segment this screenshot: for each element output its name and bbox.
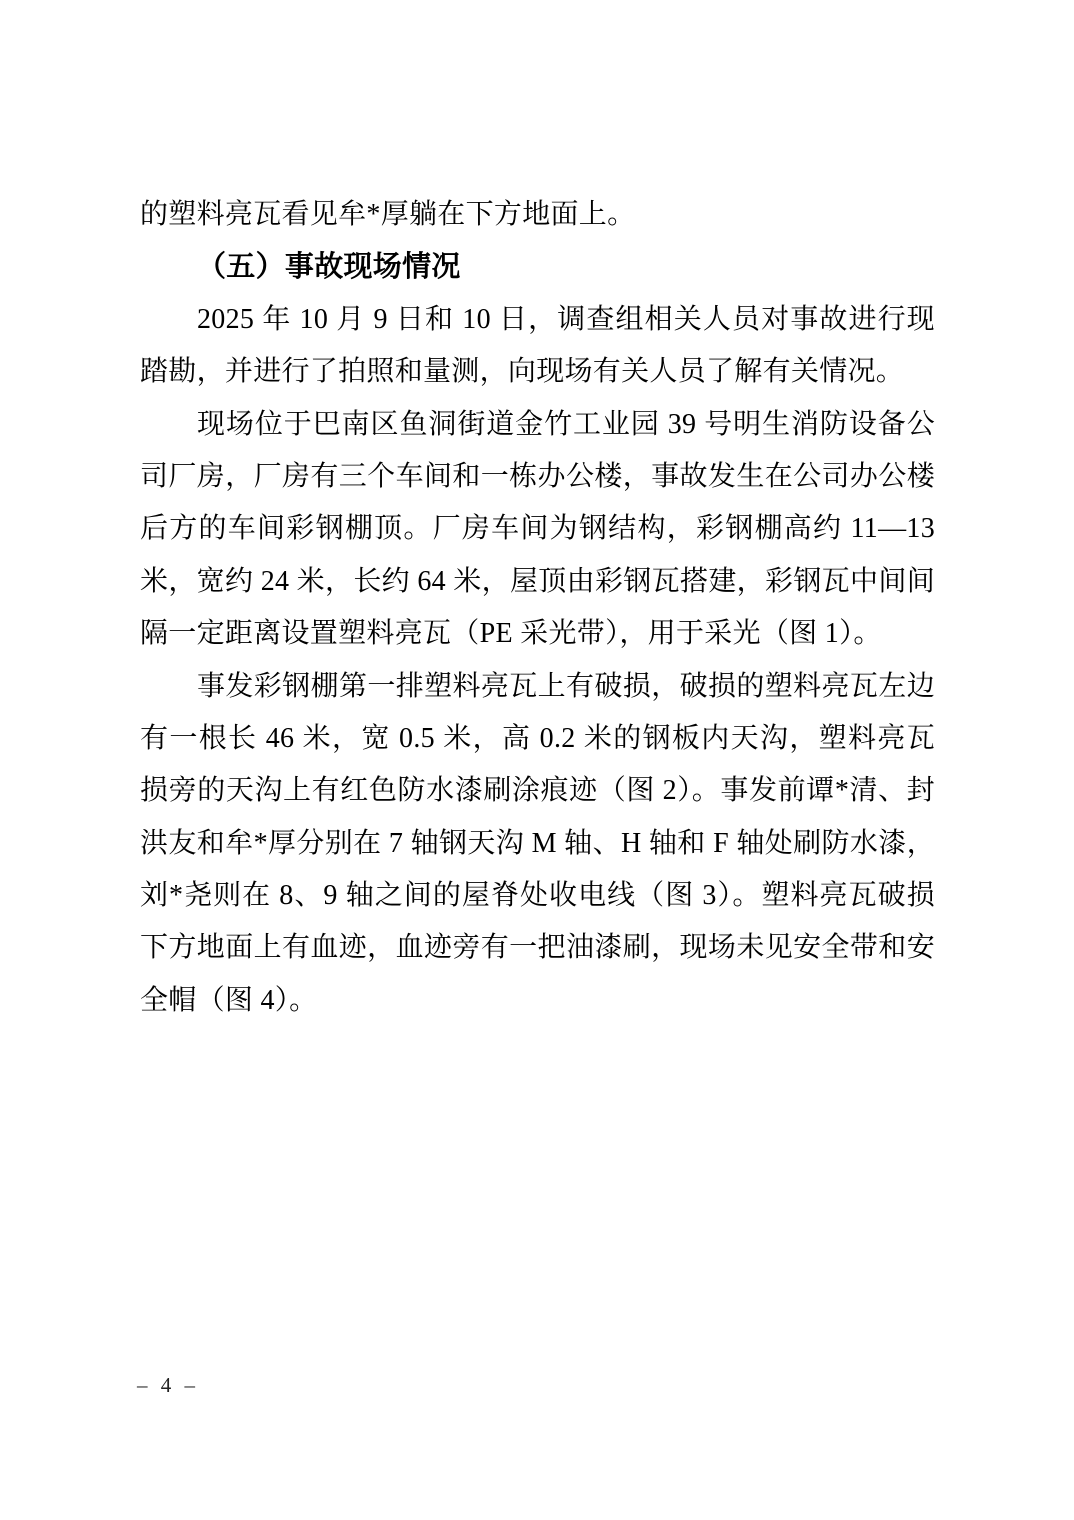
paragraph-line: 全帽（图 4）。: [140, 975, 935, 1027]
paragraph-line: 下方地面上有血迹，血迹旁有一把油漆刷，现场未见安全带和安: [140, 922, 935, 974]
paragraph-line: 洪友和牟*厚分别在 7 轴钢天沟 M 轴、H 轴和 F 轴处刷防水漆，: [140, 818, 935, 870]
section-heading: （五）事故现场情况: [140, 241, 935, 293]
paragraph-line: 事发彩钢棚第一排塑料亮瓦上有破损，破损的塑料亮瓦左边: [140, 661, 935, 713]
paragraph-line: 现场位于巴南区鱼洞街道金竹工业园 39 号明生消防设备公: [140, 399, 935, 451]
paragraph-line: 刘*尧则在 8、9 轴之间的屋脊处收电线（图 3）。塑料亮瓦破损: [140, 870, 935, 922]
paragraph-line: 后方的车间彩钢棚顶。厂房车间为钢结构，彩钢棚高约 11—13: [140, 503, 935, 555]
paragraph-line: 米，宽约 24 米，长约 64 米，屋顶由彩钢瓦搭建，彩钢瓦中间间: [140, 556, 935, 608]
paragraph-line: 隔一定距离设置塑料亮瓦（PE 采光带），用于采光（图 1）。: [140, 608, 935, 660]
paragraph-continuation-line: 的塑料亮瓦看见牟*厚躺在下方地面上。: [140, 189, 935, 241]
paragraph-line: 有一根长 46 米，宽 0.5 米，高 0.2 米的钢板内天沟，塑料亮瓦破: [140, 713, 935, 765]
document-page: 的塑料亮瓦看见牟*厚躺在下方地面上。 （五）事故现场情况 2025 年 10 月…: [0, 0, 1074, 1520]
body-text: 的塑料亮瓦看见牟*厚躺在下方地面上。 （五）事故现场情况 2025 年 10 月…: [140, 189, 935, 1027]
paragraph-line: 2025 年 10 月 9 日和 10 日，调查组相关人员对事故进行现场: [140, 294, 935, 346]
paragraph-line: 司厂房，厂房有三个车间和一栋办公楼，事故发生在公司办公楼: [140, 451, 935, 503]
paragraph-line: 损旁的天沟上有红色防水漆刷涂痕迹（图 2）。事发前谭*清、封: [140, 765, 935, 817]
page-number: – 4 –: [137, 1372, 199, 1398]
paragraph-line: 踏勘，并进行了拍照和量测，向现场有关人员了解有关情况。: [140, 346, 935, 398]
